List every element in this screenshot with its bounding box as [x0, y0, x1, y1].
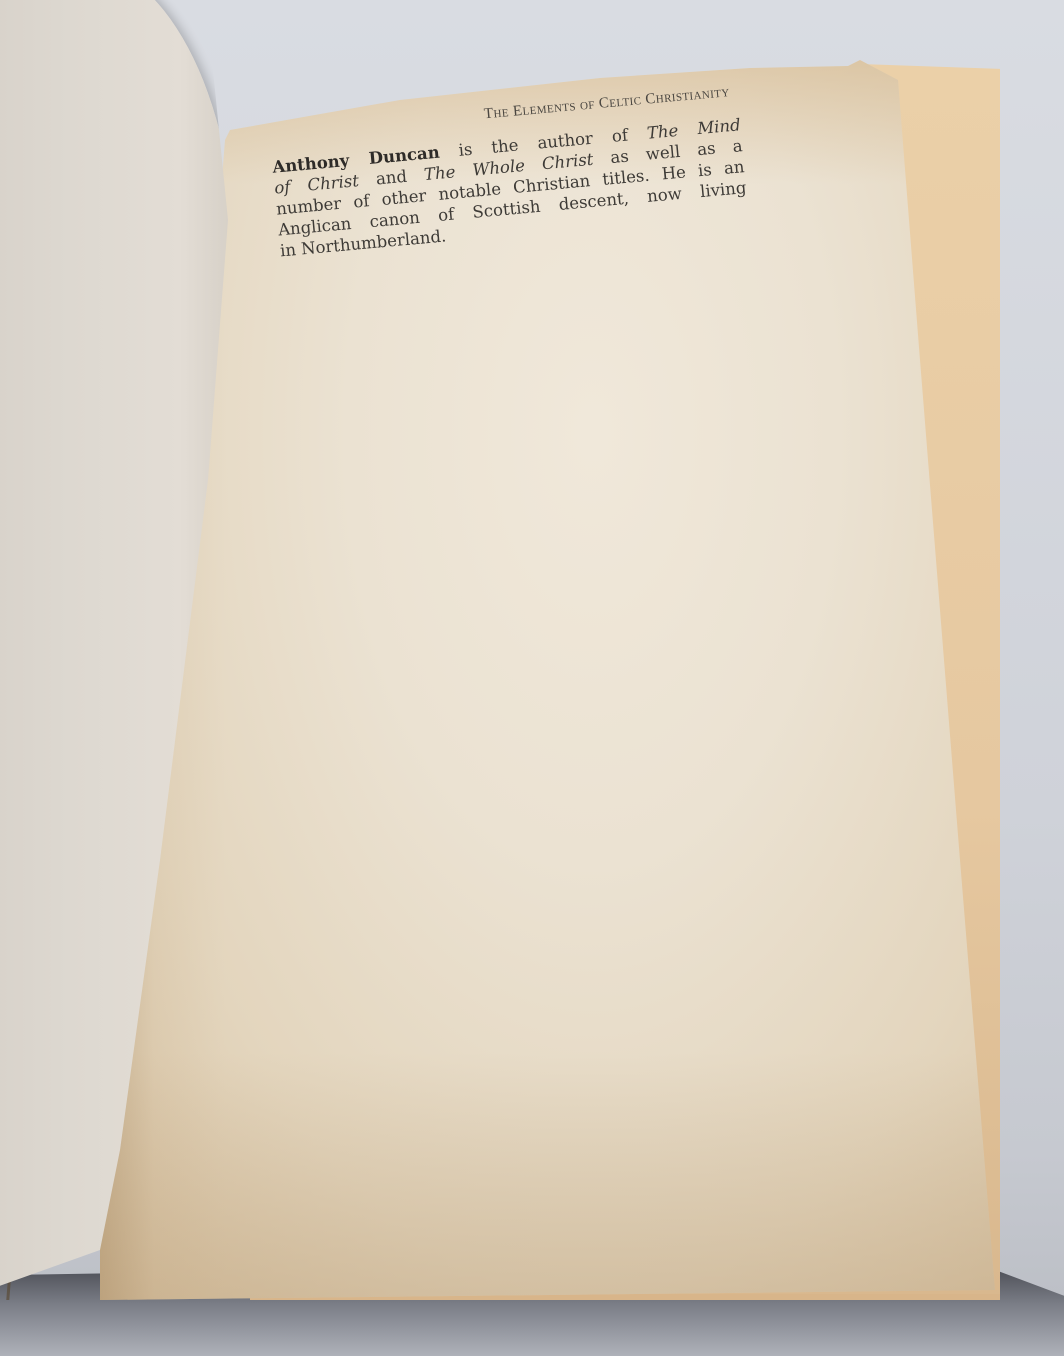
book-page: [100, 60, 995, 1300]
